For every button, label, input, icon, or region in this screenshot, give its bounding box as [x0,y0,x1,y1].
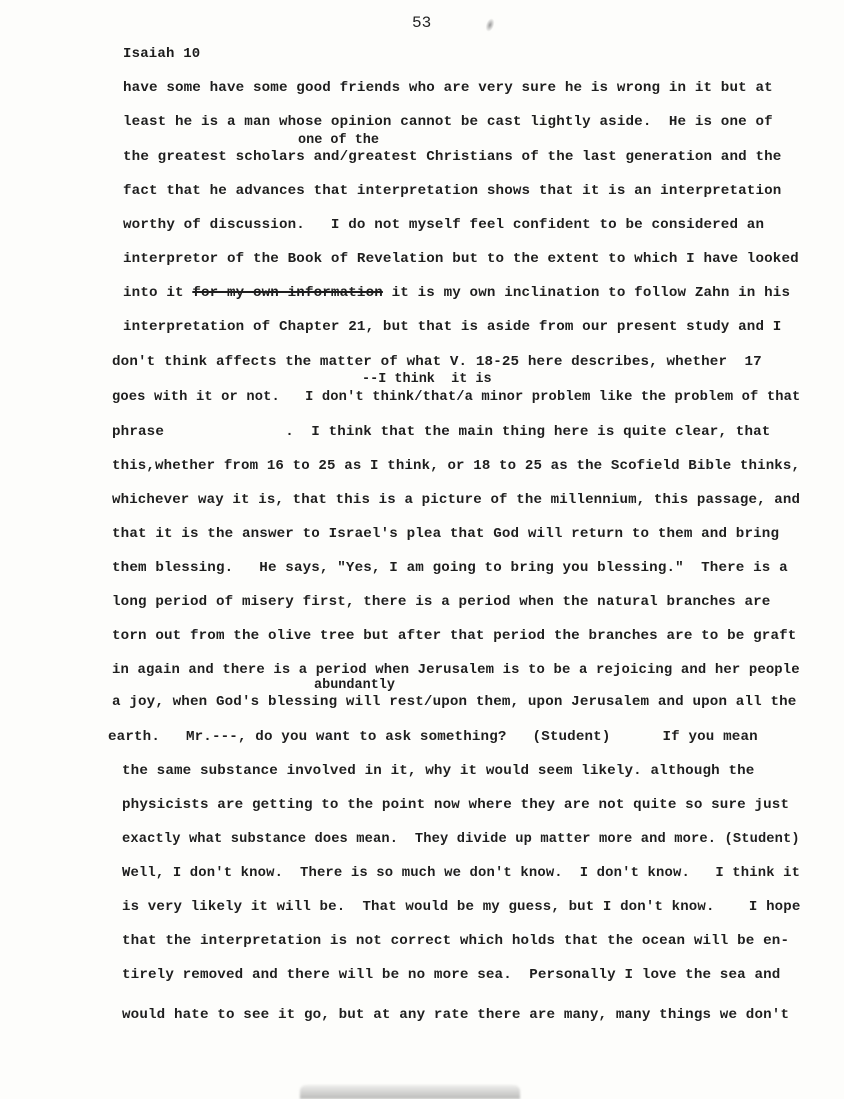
text-line: that it is the answer to Israel's plea t… [112,526,779,542]
text-line: long period of misery first, there is a … [112,594,770,610]
text-line: fact that he advances that interpretatio… [123,183,781,199]
interlinear-insertion: --I think it is [362,372,492,387]
interlinear-insertion: abundantly [314,678,395,693]
text-line: interpretation of Chapter 21, but that i… [123,319,781,335]
text-line: exactly what substance does mean. They d… [122,831,800,847]
scan-artifact [300,1085,520,1099]
text-line: goes with it or not. I don't think/that/… [112,389,800,405]
text-line: have some have some good friends who are… [123,80,773,96]
text-line: physicists are getting to the point now … [122,797,789,813]
text-line-with-strikethrough: into it for-my-own-information it is my … [123,285,790,301]
text-line: earth. Mr.---, do you want to ask someth… [108,729,758,745]
struck-text: for-my-own-information [192,285,383,301]
text-line: the same substance involved in it, why i… [122,763,754,779]
text-line: least he is a man whose opinion cannot b… [123,114,773,130]
text-line: don't think affects the matter of what V… [112,354,762,370]
ink-smudge [484,17,496,33]
text-line: a joy, when God's blessing will rest/upo… [112,694,796,710]
interlinear-insertion: one of the [298,133,379,148]
text-line: in again and there is a period when Jeru… [112,662,800,678]
text-line: phrase . I think that the main thing her… [112,424,770,440]
text-line: whichever way it is, that this is a pict… [112,492,800,508]
text-line: tirely removed and there will be no more… [122,967,780,983]
text-line: worthy of discussion. I do not myself fe… [123,217,764,233]
text-line: interpretor of the Book of Revelation bu… [123,251,799,267]
text-segment: it is my own inclination to follow Zahn … [383,285,790,301]
text-line: is very likely it will be. That would be… [122,899,800,915]
text-line: that the interpretation is not correct w… [122,933,789,949]
text-line: them blessing. He says, "Yes, I am going… [112,560,788,576]
text-segment: into it [123,285,192,301]
text-line: Well, I don't know. There is so much we … [122,865,800,881]
text-line: would hate to see it go, but at any rate… [122,1007,789,1023]
text-line: torn out from the olive tree but after t… [112,628,796,644]
page-number: 53 [412,14,431,32]
text-line: the greatest scholars and/greatest Chris… [123,149,781,165]
text-line: this,whether from 16 to 25 as I think, o… [112,458,800,474]
chapter-heading: Isaiah 10 [123,46,200,62]
